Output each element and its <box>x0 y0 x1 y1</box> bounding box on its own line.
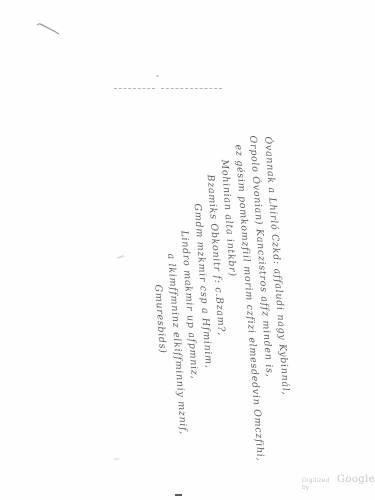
google-watermark: Digitized by Google <box>302 474 375 491</box>
scan-speck <box>117 255 124 259</box>
watermark-brand-label: Google <box>337 474 375 485</box>
page-edge-tick <box>175 494 182 496</box>
scan-speck <box>156 75 159 77</box>
watermark-prefix-label: Digitized by <box>302 477 333 491</box>
dashed-rule-right <box>161 88 222 89</box>
scan-speck <box>114 458 119 460</box>
handwriting-block: Óvannak a Lhirló Czkd: affaludi nagy Kyb… <box>140 134 297 468</box>
ink-squiggle-mark <box>35 20 63 38</box>
dashed-rule-left <box>114 88 155 89</box>
scanned-manuscript-page: Óvannak a Lhirló Czkd: affaludi nagy Kyb… <box>0 0 375 500</box>
